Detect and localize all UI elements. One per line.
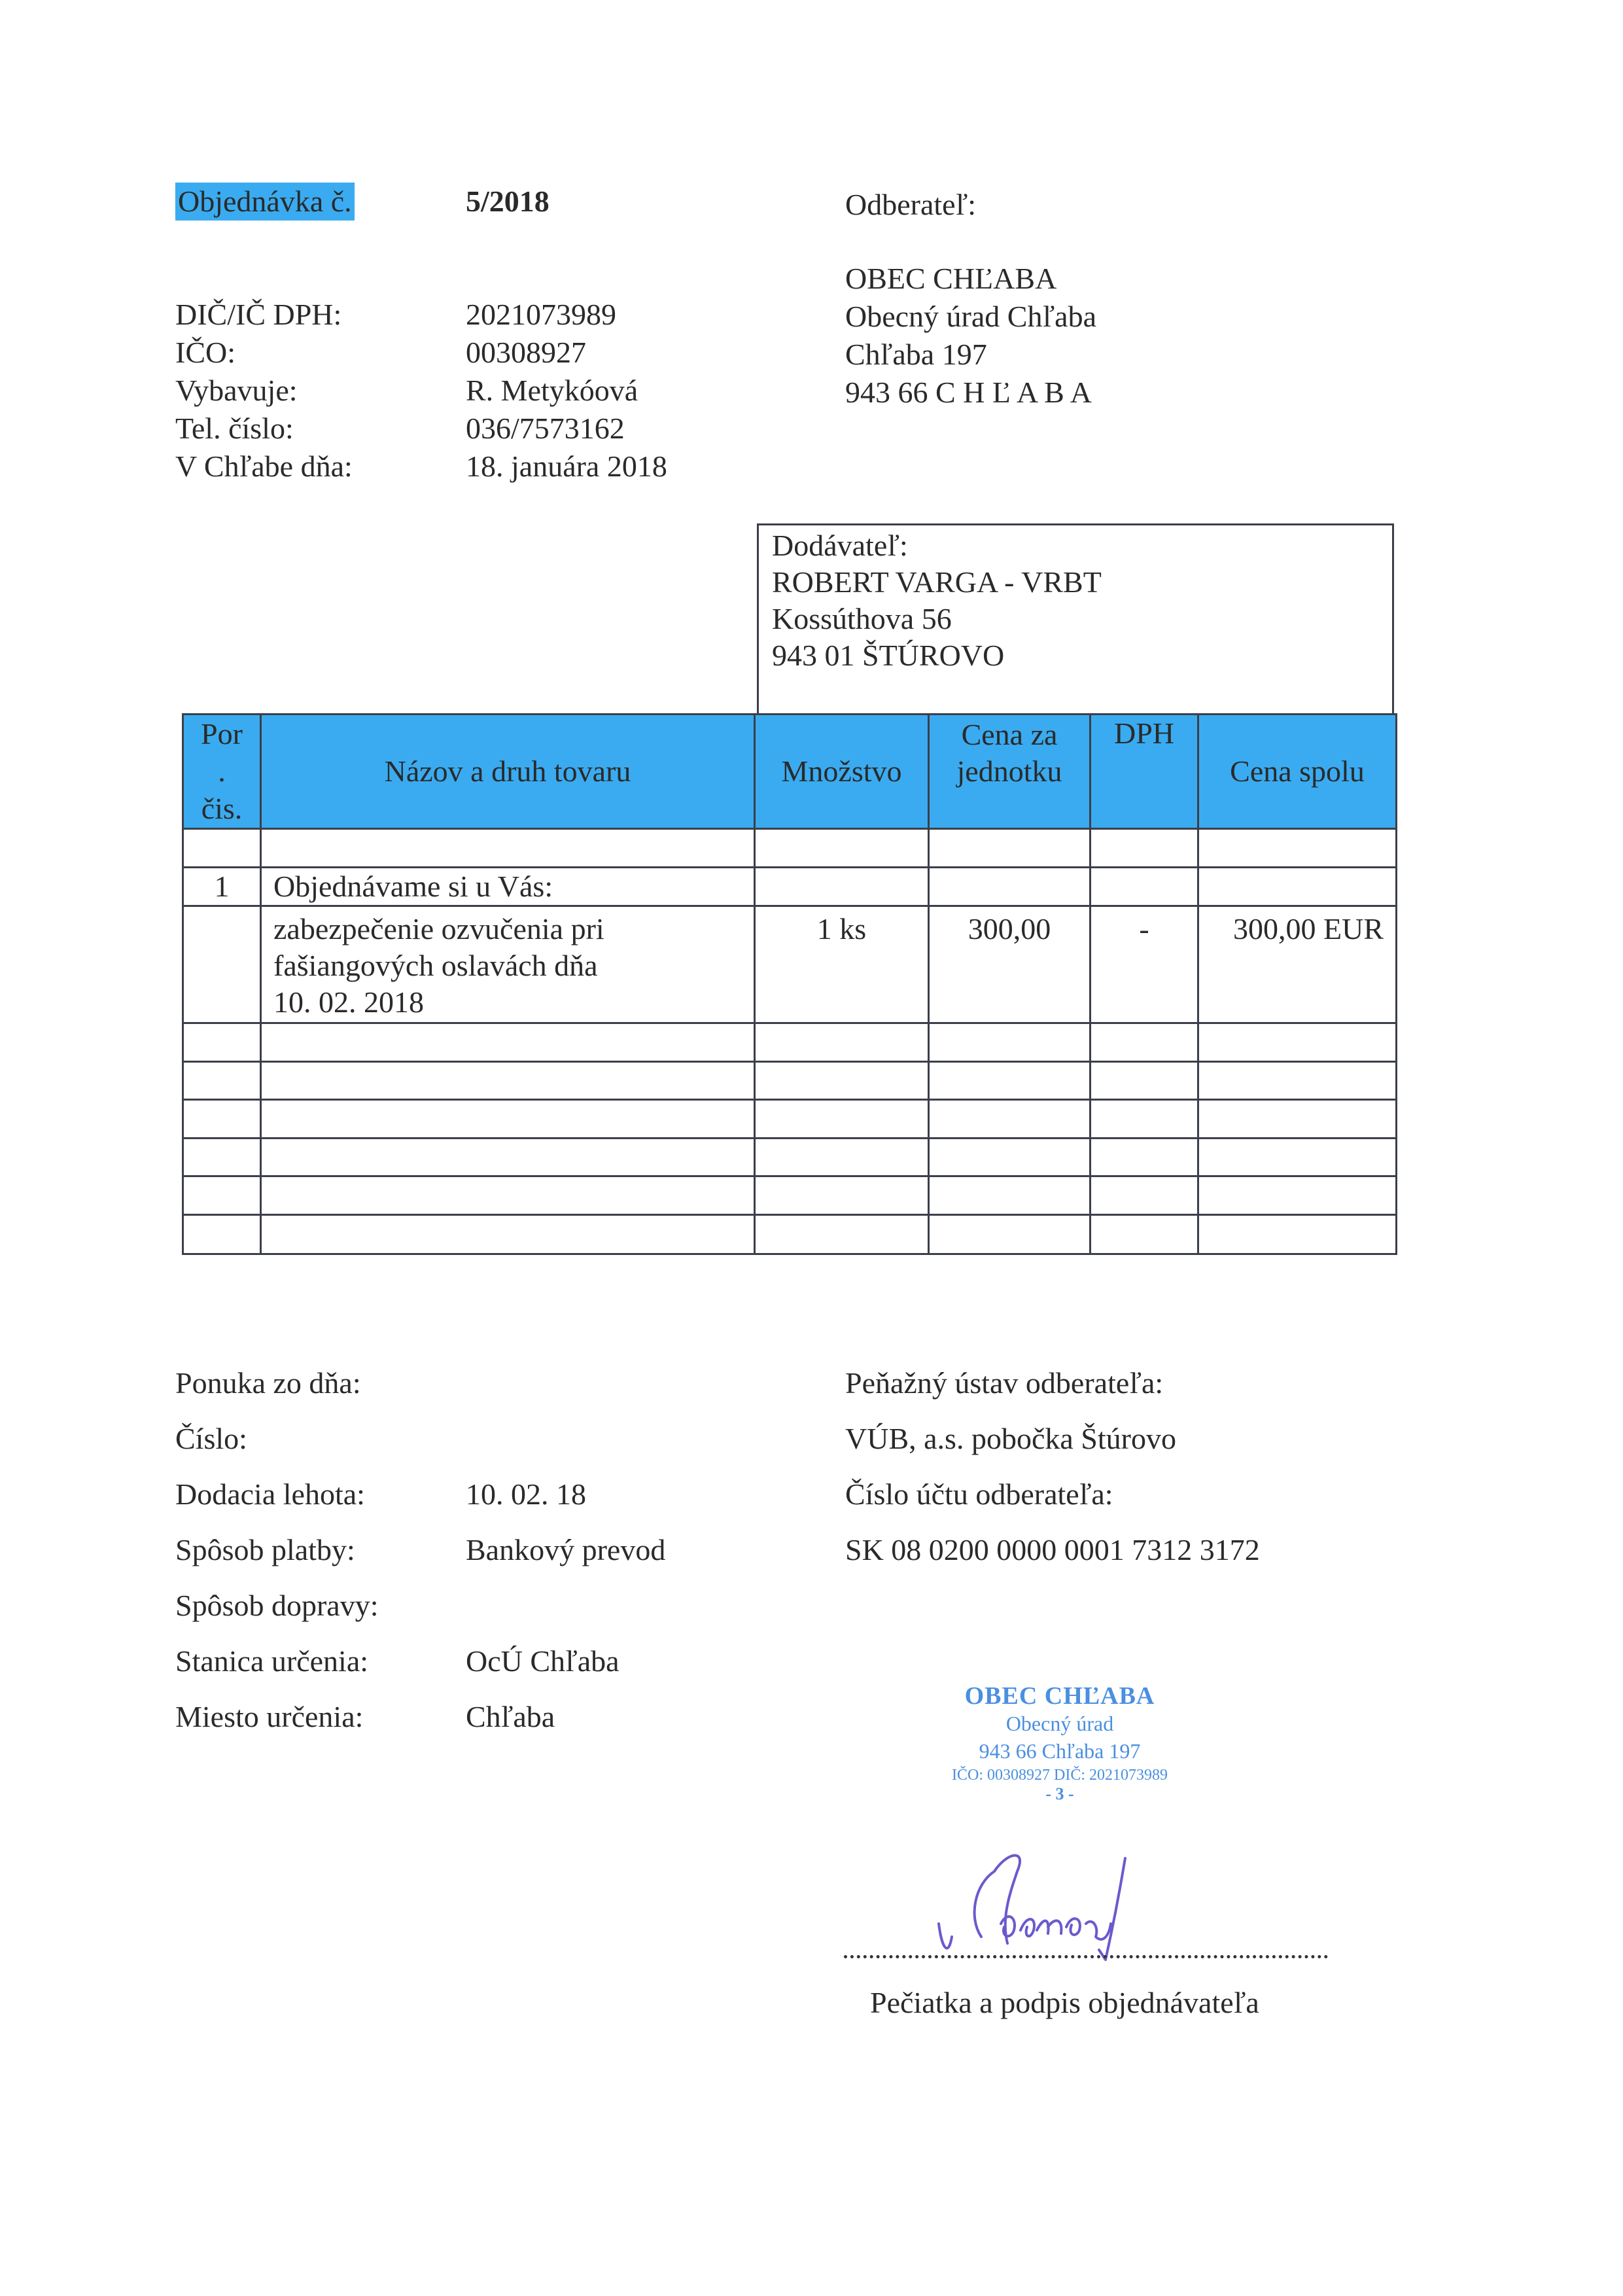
table-row	[183, 829, 1397, 868]
table-cell	[929, 1062, 1091, 1100]
stamp-line: - 3 -	[909, 1785, 1210, 1803]
table-cell	[183, 906, 261, 1023]
table-cell	[1198, 868, 1397, 906]
field-value: 00308927	[466, 334, 586, 372]
table-cell	[183, 1176, 261, 1215]
account-number: SK 08 0200 0000 0001 7312 3172	[845, 1531, 1260, 1569]
table-cell	[1091, 868, 1198, 906]
field-value: 2021073989	[466, 296, 616, 334]
table-cell	[183, 829, 261, 868]
table-row	[183, 1176, 1397, 1215]
table-cell	[1091, 829, 1198, 868]
field-label: Spôsob platby:	[175, 1531, 355, 1569]
supplier-line: Kossúthova 56	[772, 601, 952, 637]
table-cell	[183, 1139, 261, 1176]
customer-line: Obecný úrad Chľaba	[845, 298, 1096, 336]
signature-line	[844, 1955, 1328, 1958]
table-cell	[755, 829, 929, 868]
table-cell: -	[1091, 906, 1198, 1023]
field-label: Dodacia lehota:	[175, 1475, 365, 1513]
order-number: 5/2018	[466, 183, 550, 221]
bank-label: Peňažný ústav odberateľa:	[845, 1364, 1163, 1402]
bank-name: VÚB, a.s. pobočka Štúrovo	[845, 1420, 1176, 1458]
table-cell	[1198, 1215, 1397, 1254]
table-cell: zabezpečenie ozvučenia pri fašiangových …	[261, 906, 755, 1023]
field-label: Spôsob dopravy:	[175, 1587, 379, 1625]
customer-label: Odberateľ:	[845, 186, 976, 224]
table-row	[183, 1100, 1397, 1139]
field-label: IČO:	[175, 334, 236, 372]
table-cell	[183, 1215, 261, 1254]
table-row: 1Objednávame si u Vás:	[183, 868, 1397, 906]
field-label: Číslo:	[175, 1420, 247, 1458]
supplier-box: Dodávateľ: ROBERT VARGA - VRBT Kossúthov…	[757, 523, 1394, 713]
table-cell	[183, 1062, 261, 1100]
stamp-line: Obecný úrad	[909, 1710, 1210, 1737]
supplier-label: Dodávateľ:	[772, 527, 908, 564]
table-cell	[183, 1100, 261, 1139]
col-header-total: Cena spolu	[1198, 715, 1397, 829]
field-label: Miesto určenia:	[175, 1698, 363, 1736]
customer-line: 943 66 C H Ľ A B A	[845, 374, 1092, 412]
field-value: 036/7573162	[466, 410, 625, 448]
field-value: OcÚ Chľaba	[466, 1642, 620, 1680]
table-cell	[755, 1100, 929, 1139]
customer-line: Chľaba 197	[845, 336, 987, 374]
order-label: Objednávka č.	[175, 183, 355, 221]
field-label: Vybavuje:	[175, 372, 298, 410]
stamp-title: OBEC CHĽABA	[909, 1682, 1210, 1710]
table-cell	[261, 1100, 755, 1139]
field-value: Bankový prevod	[466, 1531, 665, 1569]
table-cell	[261, 829, 755, 868]
stamp-line: IČO: 00308927 DIČ: 2021073989	[909, 1765, 1210, 1785]
col-header-unit-price: Cena za jednotku	[929, 715, 1091, 829]
table-row	[183, 1215, 1397, 1254]
table-cell	[183, 1023, 261, 1062]
field-label: DIČ/IČ DPH:	[175, 296, 341, 334]
table-row	[183, 1062, 1397, 1100]
field-label: Tel. číslo:	[175, 410, 294, 448]
table-cell	[929, 1023, 1091, 1062]
table-cell	[1198, 1100, 1397, 1139]
col-header-name: Názov a druh tovaru	[261, 715, 755, 829]
official-stamp: OBEC CHĽABA Obecný úrad 943 66 Chľaba 19…	[909, 1682, 1210, 1803]
table-cell: 1 ks	[755, 906, 929, 1023]
table-cell	[1198, 1139, 1397, 1176]
table-cell	[1091, 1100, 1198, 1139]
table-cell	[929, 1139, 1091, 1176]
col-header-quantity: Množstvo	[755, 715, 929, 829]
table-cell	[1091, 1176, 1198, 1215]
table-cell	[929, 868, 1091, 906]
table-cell: 1	[183, 868, 261, 906]
table-cell	[1198, 829, 1397, 868]
col-header-number: Por . čis.	[183, 715, 261, 829]
table-cell	[755, 1023, 929, 1062]
table-row	[183, 1139, 1397, 1176]
field-label: V Chľabe dňa:	[175, 448, 353, 486]
table-cell	[755, 1139, 929, 1176]
table-cell: 300,00 EUR	[1198, 906, 1397, 1023]
customer-line: OBEC CHĽABA	[845, 260, 1056, 298]
table-cell	[755, 868, 929, 906]
table-cell	[929, 1176, 1091, 1215]
table-cell	[261, 1176, 755, 1215]
table-row	[183, 1023, 1397, 1062]
account-label: Číslo účtu odberateľa:	[845, 1475, 1113, 1513]
table-cell	[755, 1176, 929, 1215]
table-cell	[261, 1023, 755, 1062]
table-cell	[261, 1062, 755, 1100]
table-cell	[1198, 1062, 1397, 1100]
table-cell: Objednávame si u Vás:	[261, 868, 755, 906]
table-cell	[755, 1215, 929, 1254]
field-value: Chľaba	[466, 1698, 555, 1736]
field-value: 10. 02. 18	[466, 1475, 586, 1513]
table-cell	[1198, 1023, 1397, 1062]
col-header-vat: DPH	[1091, 715, 1198, 829]
table-header-row: Por . čis.Názov a druh tovaruMnožstvoCen…	[183, 715, 1397, 829]
table-cell	[929, 1100, 1091, 1139]
table-cell	[929, 1215, 1091, 1254]
table-cell	[755, 1062, 929, 1100]
supplier-line: 943 01 ŠTÚROVO	[772, 637, 1004, 674]
field-label: Ponuka zo dňa:	[175, 1364, 361, 1402]
table-row: zabezpečenie ozvučenia pri fašiangových …	[183, 906, 1397, 1023]
table-cell	[1091, 1062, 1198, 1100]
items-table: Por . čis.Názov a druh tovaruMnožstvoCen…	[182, 713, 1397, 1255]
table-cell	[1091, 1023, 1198, 1062]
table-cell	[261, 1215, 755, 1254]
stamp-line: 943 66 Chľaba 197	[909, 1737, 1210, 1765]
table-cell: 300,00	[929, 906, 1091, 1023]
table-cell	[1198, 1176, 1397, 1215]
table-cell	[929, 829, 1091, 868]
field-value: 18. januára 2018	[466, 448, 667, 486]
supplier-line: ROBERT VARGA - VRBT	[772, 564, 1102, 601]
field-value: R. Metykóová	[466, 372, 638, 410]
table-cell	[1091, 1215, 1198, 1254]
field-label: Stanica určenia:	[175, 1642, 368, 1680]
signature-icon	[903, 1845, 1217, 1969]
signature-caption: Pečiatka a podpis objednávateľa	[870, 1984, 1259, 2022]
table-cell	[1091, 1139, 1198, 1176]
table-cell	[261, 1139, 755, 1176]
